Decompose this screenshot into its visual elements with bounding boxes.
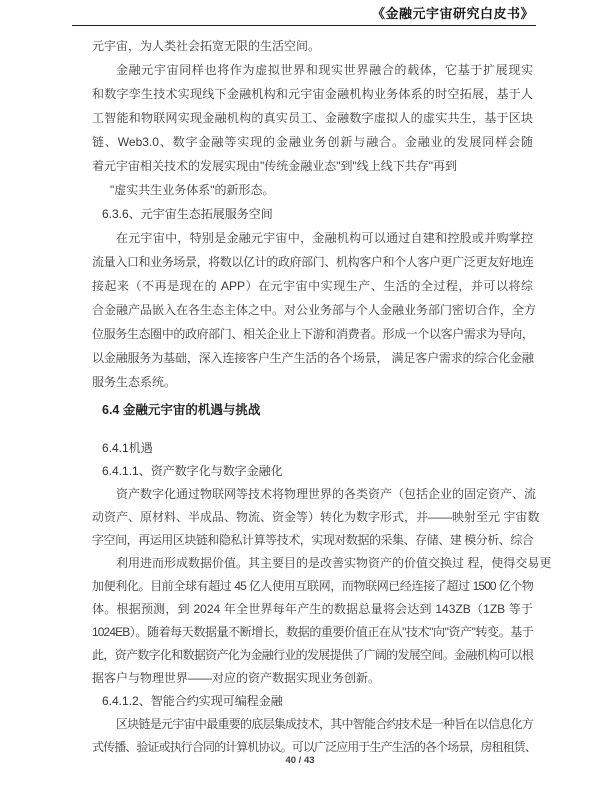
- text-line: 以金融服务为基础，深入连接客户生产生活的各个场景， 满足客户需求的综合化金融: [92, 346, 533, 370]
- text-line: 利用进而形成数据价值。其主要目的是改善实物资产的价值交换过 程，使得交易更: [92, 552, 533, 575]
- text-line: 链、Web3.0、数字金融等实现的金融业务创新与融合。金融业的发展同样会随: [92, 130, 533, 154]
- text-line: 接起来（不再是现在的 APP）在元宇宙中实现生产、生活的全过程，并可以将综: [92, 274, 533, 298]
- page-header-title: 《金融元宇宙研究白皮书》: [0, 6, 600, 23]
- text-line: 工智能和物联网实现金融机构的真实员工、金融数字虚拟人的虚实共生，基于区块: [92, 106, 533, 130]
- text-line: "虚实共生业务体系"的新形态。: [92, 178, 533, 202]
- text-line: 流量入口和业务场景，将数以亿计的政府部门、机构客户和个人客户更广泛更友好地连: [92, 250, 533, 274]
- text-line: 体。根据预测，到 2024 年全世界每年产生的数据总量将会达到 143ZB（1Z…: [92, 598, 533, 621]
- heading-line: 6.3.6、元宇宙生态拓展服务空间: [92, 202, 533, 226]
- page-number: 40 / 43: [0, 754, 600, 768]
- document-page: 《金融元宇宙研究白皮书》 元宇宙，为人类社会拓宽无限的生活空间。金融元宇宙同样也…: [0, 0, 600, 788]
- page-header: 《金融元宇宙研究白皮书》: [0, 0, 600, 26]
- heading-line: 6.4 金融元宇宙的机遇与挑战: [92, 398, 533, 422]
- text-line: 服务生态系统。: [92, 370, 533, 394]
- text-line: 合金融产品嵌入在各生态主体之中。对公业务部与个人金融业务部门密切合作，全方: [92, 298, 533, 322]
- text-line: 区块链是元宇宙中最重要的底层集成技术，其中智能合约技术是一种旨在以信息化方: [92, 713, 533, 736]
- heading-line: 6.4.1机遇: [92, 436, 533, 460]
- text-line: 在元宇宙中，特别是金融元宇宙中，金融机构可以通过自建和控股或并购掌控: [92, 226, 533, 250]
- text-line: 着元宇宙相关技术的发展实现由"传统金融业态"到"线上线下共存"再到: [92, 154, 533, 178]
- text-line: 字空间，再运用区块链和隐私计算等技术，实现对数据的采集、存储、建 模分析、综合: [92, 529, 533, 552]
- document-body: 元宇宙，为人类社会拓宽无限的生活空间。金融元宇宙同样也将作为虚拟世界和现实世界融…: [92, 34, 533, 759]
- text-line: 和数字孪生技术实现线下金融机构和元宇宙金融机构业务体系的时空拓展，基于人: [92, 82, 533, 106]
- heading-line: 6.4.1.2、智能合约实现可编程金融: [92, 690, 533, 713]
- text-line: 加便利化。目前全球有超过 45 亿人使用互联网，而物联网已经连接了超过 1500…: [92, 575, 533, 598]
- text-line: 位服务生态圈中的政府部门、相关企业上下游和消费者。形成一个以客户需求为导向，: [92, 322, 533, 346]
- text-line: 金融元宇宙同样也将作为虚拟世界和现实世界融合的载体，它基于扩展现实: [92, 58, 533, 82]
- text-line: 此，资产数字化和数据资产化为金融行业的发展提供了广阔的发展空间。金融机构可以根: [92, 644, 533, 667]
- header-rule: [72, 25, 536, 26]
- text-line: 资产数字化通过物联网等技术将物理世界的各类资产（包括企业的固定资产、流: [92, 483, 533, 506]
- text-line: 1024EB）。随着每天数据量不断增长，数据的重要价值正在从"技术"向"资产"转…: [92, 621, 533, 644]
- text-line: 动资产、原材料、半成品、物流、资金等）转化为数字形式，并——映射至元 宇宙数: [92, 506, 533, 529]
- text-line: 元宇宙，为人类社会拓宽无限的生活空间。: [92, 34, 533, 58]
- text-line: 据客户与物理世界——对应的资产数据实现业务创新。: [92, 667, 533, 690]
- heading-line: 6.4.1.1、资产数字化与数字金融化: [92, 460, 533, 483]
